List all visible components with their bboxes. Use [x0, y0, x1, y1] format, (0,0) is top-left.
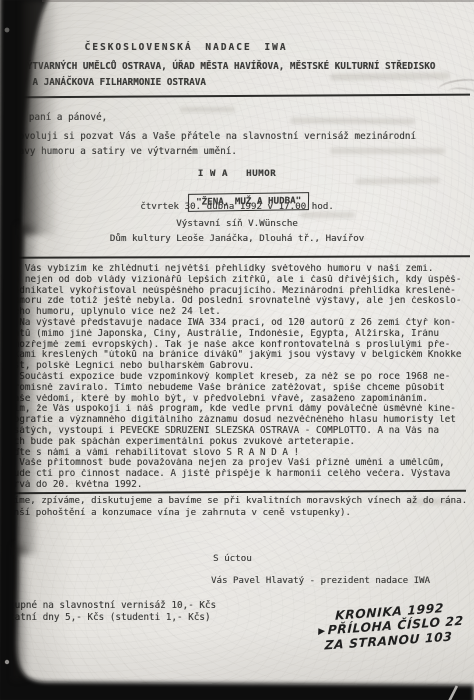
scan-smudge	[180, 107, 235, 112]
body-line: trvá do 20. května 1992.	[8, 480, 470, 491]
signature-line: Vás Pavel Hlavatý - prezident nadace IWA	[211, 576, 430, 587]
invitation-paragraph: dovoluji si pozvat Vás a Vaše přátele na…	[13, 132, 416, 161]
scan-edge-shadow	[22, 0, 58, 235]
body-line: amozřejmě zemí evropských). Tak je naše …	[8, 340, 470, 351]
body-line: jďte s námi a vámi rehabilitovat slovo S…	[8, 448, 470, 459]
body-line: to Vás vybízím ke zhlédnutí největší pře…	[8, 264, 470, 275]
body-line: Na výstavě představuje nadace IWA 334 pr…	[8, 318, 470, 329]
body-line: dkami kreslených "útoků na bránice divák…	[8, 350, 470, 361]
body-line: lím, že Vás uspokojí i náš program, kde …	[8, 404, 470, 415]
body-line: podnikatel vykořisťoval neúspěšného prac…	[8, 286, 470, 297]
scan-smudge	[290, 117, 415, 124]
event-venue-hall: Výstavní síň V.Wünsche	[0, 219, 474, 230]
event-datetime: čtvrtek 30. dubna 1992 v 17.00 hod.	[0, 202, 474, 213]
scanned-letter: ČESKOSLOVENSKÁ NADACE IWA E VÝTVARNÝCH U…	[0, 0, 474, 700]
body-line: Vaše vědomí, které by mohlo být, v předv…	[8, 394, 470, 405]
closing-salute: S úctou	[213, 554, 252, 565]
invitation-line: dovoluji si pozvat Vás a Vaše přátele na…	[13, 132, 416, 147]
section-divider	[8, 255, 470, 259]
body-line: ist, polské Legnici nebo bulharském Gabr…	[8, 361, 470, 372]
body-line: Součástí expozice bude vzpomínkový kompl…	[8, 372, 470, 383]
invitation-line: tavy humoru a satiry ve výtvarném umění.	[13, 147, 416, 162]
event-venue-address: Dům kultury Leoše Janáčka, Dlouhá tř., H…	[0, 234, 474, 245]
pricing-line: tatní dny 5,- Kčs (studenti 1,- Kčs)	[9, 613, 216, 625]
postscript-line: číme, zpíváme, diskutujeme a bavíme se p…	[8, 496, 467, 508]
body-line: entů (mimo jiné Japonska, Číny, Austráli…	[8, 329, 470, 340]
arrow-icon: ▶	[318, 625, 326, 639]
body-line: bude ctí pro činnost nadace. A jistě při…	[8, 469, 470, 480]
scan-top-line	[42, 0, 474, 2]
body-line: Vaše přítomnost bude považována nejen za…	[8, 458, 470, 469]
postscript: číme, zpíváme, diskutujeme a bavíme se p…	[8, 496, 467, 519]
admission-pricing: tupné na slavnostní vernisáž 10,- Kčstat…	[9, 601, 216, 625]
scan-smudge	[330, 72, 450, 80]
body-line: promisně zavíralo. Tímto nebudeme Vaše b…	[8, 383, 470, 394]
organization-subtitle: E VÝTVARNÝCH UMĚLCŮ OSTRAVA, ÚŘAD MĚSTA …	[10, 62, 435, 73]
postscript-line: enší pohoštění a konzumace vína je zahrn…	[8, 508, 467, 520]
organization-title: ČESKOSLOVENSKÁ NADACE IWA	[40, 43, 332, 54]
body-line: to nejen od dob vlády vizionářů lepších …	[8, 275, 470, 286]
body-line: tografie a významného digitálního záznam…	[8, 415, 470, 426]
body-line: kého humoru, uplynulo více než 24 let.	[8, 307, 470, 318]
scan-edge-shadow	[13, 545, 29, 680]
body-line: esátých, vystoupí i PĚVECKÉ SDRUŽENÍ SLE…	[8, 426, 470, 437]
handwritten-note: KRONIKA 1992 ▶PŘÍLOHA ČÍSLO 22 ZA STRANO…	[317, 601, 460, 654]
body-line: ech bude pak spáchán experimentální poku…	[8, 437, 470, 448]
scan-edge-shadow	[17, 225, 39, 555]
header-divider	[8, 94, 470, 99]
letter-body: to Vás vybízím ke zhlédnutí největší pře…	[8, 264, 470, 491]
body-line: humoru zde totiž ještě nebyla. Od posled…	[8, 296, 470, 307]
event-series: I W A HUMOR	[0, 169, 474, 180]
